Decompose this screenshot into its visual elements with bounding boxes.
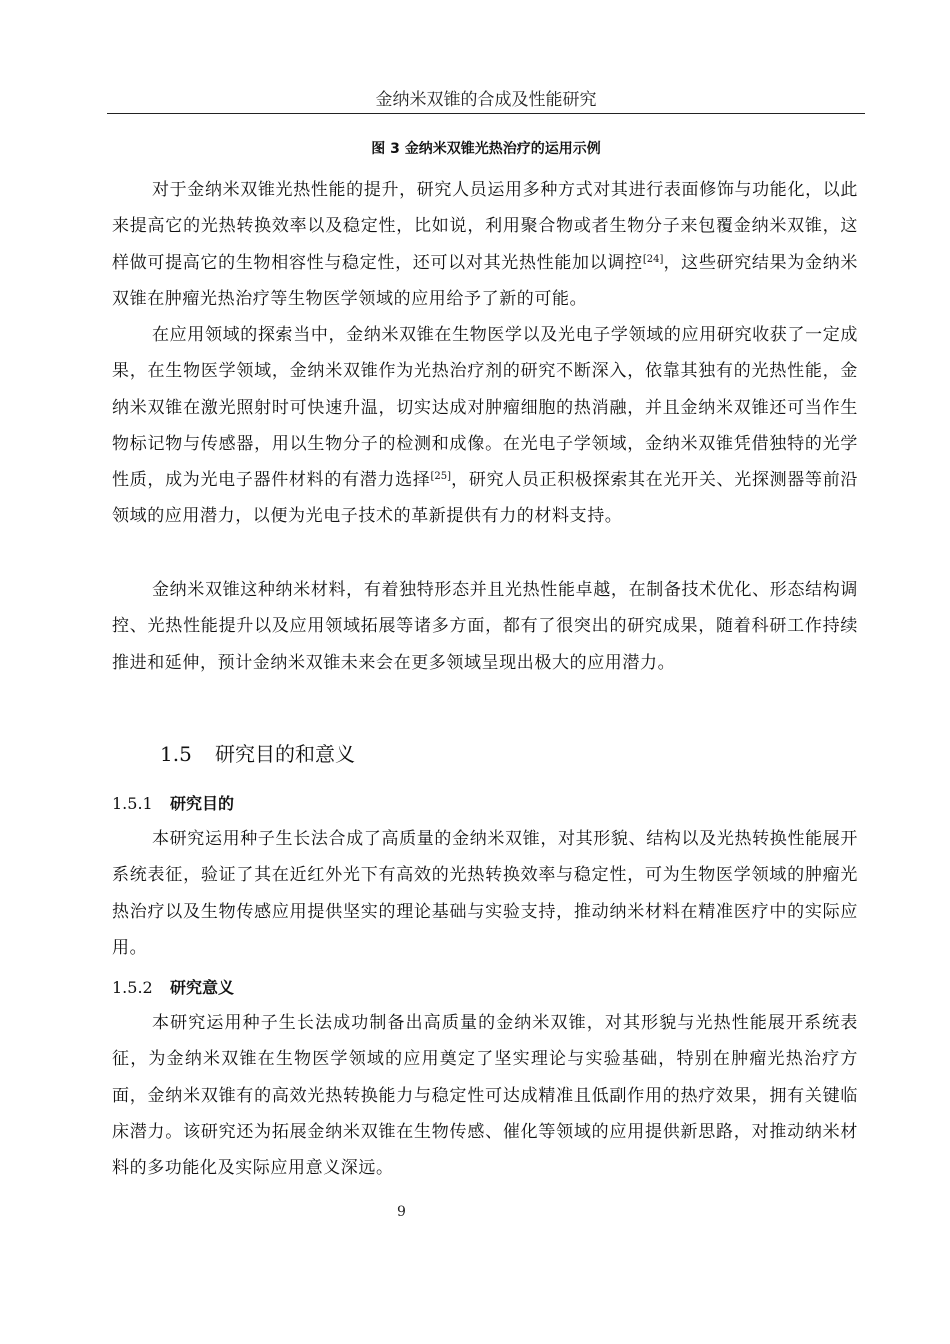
paragraph-photothermal-improvement: 对于金纳米双锥光热性能的提升，研究人员运用多种方式对其进行表面修饰与功能化，以此… — [112, 172, 858, 317]
paragraph-summary: 金纳米双锥这种纳米材料，有着独特形态并且光热性能卓越，在制备技术优化、形态结构调… — [112, 572, 858, 681]
section-title: 研究目的和意义 — [215, 742, 355, 766]
subsection-title: 研究意义 — [170, 978, 234, 997]
page-number: 9 — [397, 1202, 406, 1222]
paragraph-research-purpose: 本研究运用种子生长法合成了高质量的金纳米双锥，对其形貌、结构以及光热转换性能展开… — [112, 821, 858, 966]
subsection-number: 1.5.1 — [112, 792, 170, 816]
subsection-heading-1-5-2: 1.5.2研究意义 — [112, 976, 234, 1000]
citation-25: [25] — [431, 471, 452, 482]
running-header: 金纳米双锥的合成及性能研究 — [107, 88, 865, 114]
figure-caption: 图 3 金纳米双锥光热治疗的运用示例 — [107, 138, 865, 160]
paragraph-research-significance: 本研究运用种子生长法成功制备出高质量的金纳米双锥，对其形貌与光热性能展开系统表征… — [112, 1005, 858, 1186]
subsection-title: 研究目的 — [170, 794, 234, 813]
section-number: 1.5 — [160, 739, 215, 769]
running-title: 金纳米双锥的合成及性能研究 — [376, 90, 597, 110]
paragraph-applications: 在应用领域的探索当中，金纳米双锥在生物医学以及光电子学领域的应用研究收获了一定成… — [112, 317, 858, 535]
section-heading-1-5: 1.5研究目的和意义 — [160, 739, 355, 769]
subsection-heading-1-5-1: 1.5.1研究目的 — [112, 792, 234, 816]
subsection-number: 1.5.2 — [112, 976, 170, 1000]
citation-24: [24] — [643, 254, 664, 265]
paragraph-text: 在应用领域的探索当中，金纳米双锥在生物医学以及光电子学领域的应用研究收获了一定成… — [112, 325, 858, 490]
